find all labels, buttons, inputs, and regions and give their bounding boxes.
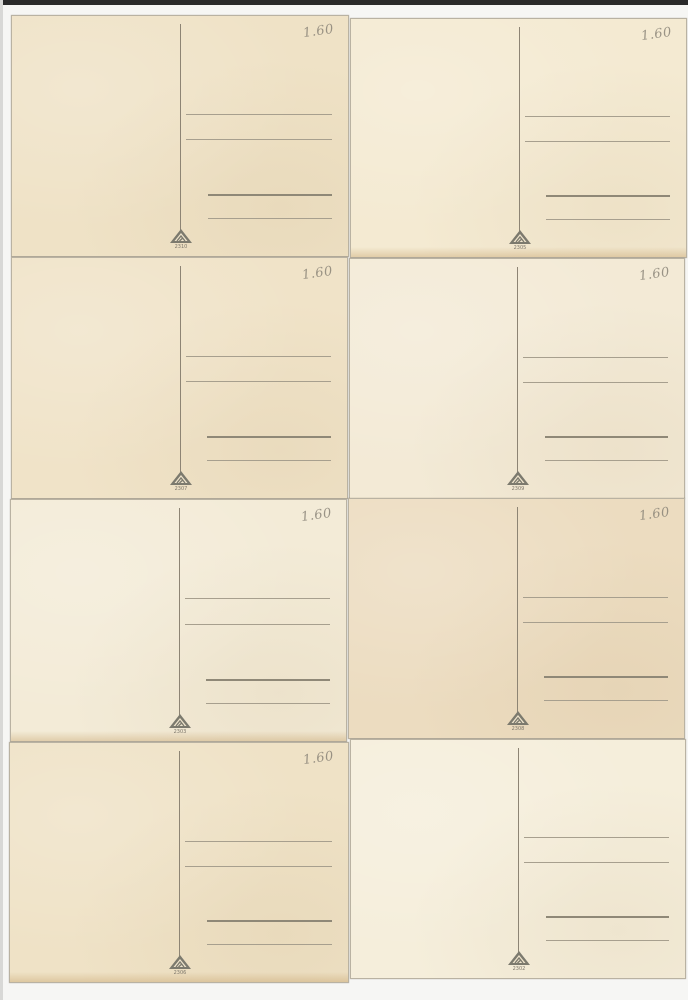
postcard-row2-right: 23091.60: [349, 258, 685, 499]
serial-number: 2306: [165, 970, 195, 976]
address-line-3: [206, 679, 330, 681]
scan-left-edge: [0, 0, 3, 1000]
postcard-row1-right: 23051.60: [350, 18, 687, 258]
address-line-3: [544, 676, 668, 678]
center-divider-line: [180, 266, 181, 472]
postcard-row2-left: 23071.60: [11, 257, 348, 499]
serial-number: 2307: [166, 486, 196, 492]
serial-number: 2310: [166, 244, 196, 250]
address-line-2: [185, 624, 330, 625]
address-line-1: [185, 598, 330, 599]
triangle-publisher-logo-icon: [169, 713, 191, 727]
center-divider-line: [517, 507, 518, 712]
address-line-4: [206, 703, 330, 704]
address-line-2: [186, 381, 331, 382]
address-line-3: [207, 920, 332, 922]
address-line-4: [208, 218, 332, 219]
serial-number: 2309: [503, 486, 533, 492]
center-divider-line: [518, 748, 519, 952]
address-line-3: [208, 194, 332, 196]
address-line-1: [185, 841, 332, 842]
address-line-2: [525, 141, 670, 142]
triangle-publisher-logo-icon: [169, 954, 191, 968]
address-line-2: [523, 622, 668, 623]
address-line-4: [545, 460, 668, 461]
center-divider-line: [519, 27, 520, 231]
address-line-2: [523, 382, 668, 383]
triangle-publisher-logo-icon: [170, 470, 192, 484]
address-line-1: [524, 837, 669, 838]
address-line-4: [207, 944, 332, 945]
center-divider-line: [517, 267, 518, 472]
address-line-1: [186, 114, 332, 115]
triangle-publisher-logo-icon: [508, 950, 530, 964]
center-divider-line: [179, 751, 180, 956]
address-line-1: [186, 356, 331, 357]
triangle-publisher-logo-icon: [507, 470, 529, 484]
center-divider-line: [180, 24, 181, 230]
triangle-publisher-logo-icon: [509, 229, 531, 243]
address-line-3: [207, 436, 331, 438]
address-line-4: [546, 219, 670, 220]
serial-number: 2308: [503, 726, 533, 732]
postcard-row4-right: 2302: [350, 739, 686, 979]
address-line-4: [544, 700, 668, 701]
address-line-2: [185, 866, 332, 867]
postcard-row3-left: 23031.60: [10, 499, 347, 742]
postcard-row3-right: 23081.60: [348, 498, 685, 739]
address-line-2: [524, 862, 669, 863]
address-line-4: [546, 940, 669, 941]
address-line-2: [186, 139, 332, 140]
triangle-publisher-logo-icon: [507, 710, 529, 724]
scan-top-edge: [0, 0, 688, 5]
serial-number: 2302: [504, 966, 534, 972]
address-line-4: [207, 460, 331, 461]
address-line-3: [546, 195, 670, 197]
address-line-1: [525, 116, 670, 117]
triangle-publisher-logo-icon: [170, 228, 192, 242]
address-line-1: [523, 597, 668, 598]
center-divider-line: [179, 508, 180, 715]
postcard-row4-left: 23061.60: [9, 742, 349, 983]
postcard-row1-left: 23101.60: [11, 15, 349, 257]
address-line-3: [546, 916, 669, 918]
address-line-3: [545, 436, 668, 438]
serial-number: 2303: [165, 729, 195, 735]
serial-number: 2305: [505, 245, 535, 251]
address-line-1: [523, 357, 668, 358]
